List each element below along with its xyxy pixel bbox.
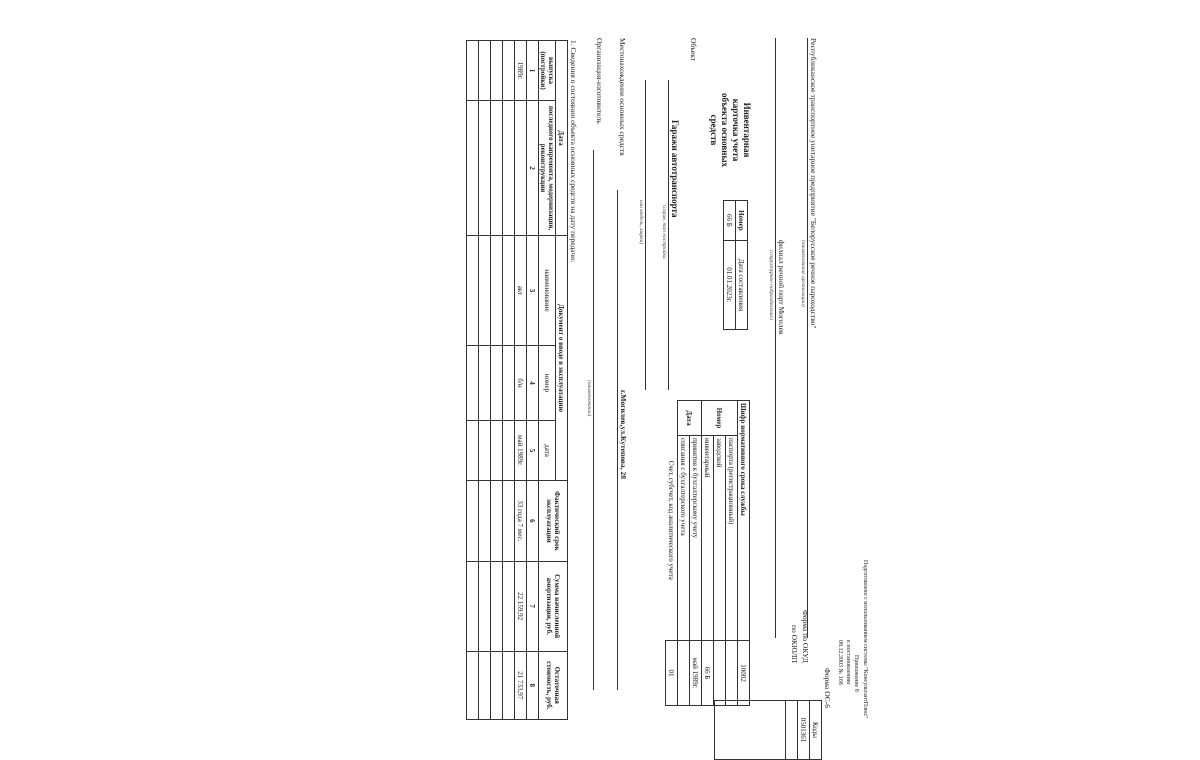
division-caption: (структурное подразделение) — [768, 250, 774, 320]
condition-table: Дата Документ о вводе в эксплуатацию Фак… — [466, 40, 568, 720]
okulp-label: по ОКЮЛП — [790, 625, 799, 663]
accept-date: май 1989г. — [690, 641, 702, 706]
table-row — [479, 41, 491, 720]
location-label: Местонахождение основных средств — [618, 38, 627, 156]
table-row — [467, 41, 479, 720]
okud-label: Форма по ОКУД — [801, 610, 810, 663]
codes-box: Коды 0501361 — [714, 700, 822, 760]
appendix-label: Приложение 8 — [853, 655, 859, 692]
card-number: 66 Б — [724, 201, 736, 241]
okulp-code — [786, 701, 798, 760]
codes-label: Коды — [810, 701, 822, 760]
card-title: Инвентарная карточка учета объекта основ… — [708, 80, 752, 180]
organization-caption: (наименование организации) — [800, 240, 806, 307]
card-date: 01.01.2023г. — [724, 240, 736, 329]
okud-code: 0501361 — [798, 701, 810, 760]
organization-name: Республиканское транспортное унитарное п… — [809, 38, 818, 329]
service-life-code: 10002 — [738, 641, 750, 706]
document-page: Подготовлено с использованием системы "К… — [430, 0, 870, 760]
number-header: Номер — [736, 201, 748, 241]
table-row — [491, 41, 503, 720]
table-row — [503, 41, 515, 720]
object-value: Гаражи автотранспорта — [670, 120, 680, 218]
location-value: г.Могилев,ул.Кутепова, 28 — [619, 390, 628, 479]
resolution-date: 08.12.2003 № 168 — [837, 640, 843, 685]
form-name: Форма ОС-6 — [823, 668, 832, 708]
consultant-note: Подготовлено с использованием системы "К… — [862, 560, 868, 719]
account-code: 01 — [666, 641, 678, 706]
table-row: 1989г.актб/нмай 1989г.33 года 7 мес.22 1… — [515, 41, 527, 720]
division-name: филиал речной порт Могилев — [777, 240, 786, 334]
object-label: Объект — [689, 38, 698, 61]
attributes-table: Шифр нормативного срока службы10002 Номе… — [665, 400, 750, 706]
section1-title: 1. Сведения о состоянии объекта основных… — [569, 40, 578, 262]
resolution-label: к постановлению — [845, 640, 851, 684]
card-number-table: Номер Дата составления 66 Б 01.01.2023г. — [723, 200, 748, 330]
inventory-number: 66 Б — [702, 641, 714, 706]
manufacturer-label: Организация-изготовитель — [595, 38, 604, 124]
date-header: Дата составления — [736, 240, 748, 329]
